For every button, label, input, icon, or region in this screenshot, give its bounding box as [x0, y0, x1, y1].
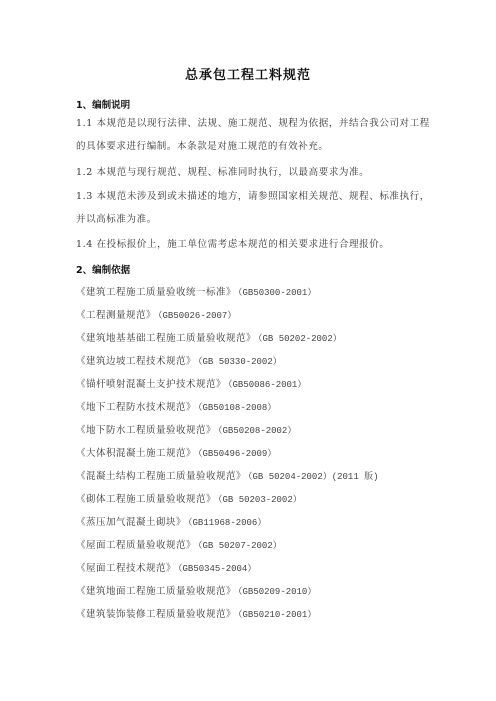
document-page: 总承包工程工料规范 1、编制说明 1.1 本规范是以现行法律、法规、施工规范、规… — [0, 0, 496, 701]
reference-code: （GB50208-2002） — [218, 426, 296, 436]
paragraph-1-4: 1.4 在投标报价上，施工单位需考虑本规范的相关要求进行合理报价。 — [76, 238, 389, 251]
reference-item: 《建筑地基基础工程施工质量验收规范》（GB 50202-2002） — [76, 330, 342, 344]
reference-code: （GB50300-2001） — [238, 288, 316, 298]
reference-name: 《屋面工程质量验收规范》 — [76, 540, 196, 551]
paragraph-1-3-line-1: 1.3 本规范未涉及到或未描述的地方，请参照国家相关规范、规程、标准执行， — [76, 190, 430, 203]
reference-item: 《建筑工程施工质量验收统一标准》（GB50300-2001） — [76, 284, 316, 298]
reference-name: 《屋面工程技术规范》 — [76, 563, 176, 574]
reference-code: （GB50026-2007） — [158, 311, 236, 321]
paragraph-1-2: 1.2 本规范与现行规范、规程、标准同时执行，以最高要求为准。 — [76, 166, 369, 179]
reference-code: （GB 50202-2002） — [258, 334, 342, 344]
paragraph-1-3-line-2: 并以高标准为准。 — [76, 213, 157, 226]
reference-code: （GB50210-2001） — [238, 610, 316, 620]
reference-code: （GB50209-2010） — [238, 587, 316, 597]
reference-item: 《屋面工程质量验收规范》（GB 50207-2002） — [76, 537, 282, 551]
reference-item: 《建筑地面工程施工质量验收规范》（GB50209-2010） — [76, 583, 316, 597]
reference-name: 《蒸压加气混凝土砌块》 — [76, 517, 186, 528]
reference-name: 《大体积混凝土施工规范》 — [76, 448, 196, 459]
section-heading-compilation-basis: 2、编制依据 — [76, 262, 130, 276]
reference-name: 《砌体工程施工质量验收规范》 — [76, 494, 216, 505]
reference-item: 《锚杆喷射混凝土支护技术规范》（GB50086-2001） — [76, 376, 306, 390]
reference-item: 《地下工程防水技术规范》（GB50108-2008） — [76, 399, 276, 413]
reference-item: 《地下防水工程质量验收规范》（GB50208-2002） — [76, 422, 296, 436]
reference-code: （GB50345-2004） — [178, 564, 256, 574]
reference-code: （GB 50207-2002） — [198, 541, 282, 551]
reference-item: 《混凝土结构工程施工质量验收规范》（GB 50204-2002）(2011 版) — [76, 468, 379, 482]
reference-name: 《工程测量规范》 — [76, 310, 156, 321]
reference-item: 《砌体工程施工质量验收规范》（GB 50203-2002） — [76, 491, 302, 505]
paragraph-1-1-line-2: 的具体要求进行编制。本条款是对施工规范的有效补充。 — [76, 140, 329, 153]
reference-name: 《建筑装饰装修工程质量验收规范》 — [76, 609, 236, 620]
section-heading-compilation-notes: 1、编制说明 — [76, 97, 130, 111]
reference-item: 《建筑边坡工程技术规范》（GB 50330-2002） — [76, 353, 282, 367]
reference-name: 《混凝土结构工程施工质量验收规范》 — [76, 471, 246, 482]
reference-name: 《建筑边坡工程技术规范》 — [76, 356, 196, 367]
reference-name: 《建筑工程施工质量验收统一标准》 — [76, 287, 236, 298]
reference-code: （GB50108-2008） — [198, 403, 276, 413]
reference-item: 《屋面工程技术规范》（GB50345-2004） — [76, 560, 256, 574]
reference-code: （GB 50330-2002） — [198, 357, 282, 367]
reference-code: （GB 50204-2002）(2011 版) — [248, 472, 379, 482]
document-title: 总承包工程工料规范 — [0, 64, 496, 83]
reference-name: 《地下防水工程质量验收规范》 — [76, 425, 216, 436]
reference-name: 《地下工程防水技术规范》 — [76, 402, 196, 413]
reference-item: 《大体积混凝土施工规范》（GB50496-2009） — [76, 445, 276, 459]
reference-code: （GB11968-2006） — [188, 518, 266, 528]
reference-item: 《工程测量规范》（GB50026-2007） — [76, 307, 236, 321]
reference-item: 《建筑装饰装修工程质量验收规范》（GB50210-2001） — [76, 606, 316, 620]
reference-code: （GB50496-2009） — [198, 449, 276, 459]
reference-name: 《建筑地面工程施工质量验收规范》 — [76, 586, 236, 597]
reference-item: 《蒸压加气混凝土砌块》（GB11968-2006） — [76, 514, 266, 528]
reference-code: （GB50086-2001） — [228, 380, 306, 390]
reference-code: （GB 50203-2002） — [218, 495, 302, 505]
reference-name: 《建筑地基基础工程施工质量验收规范》 — [76, 333, 256, 344]
reference-name: 《锚杆喷射混凝土支护技术规范》 — [76, 379, 226, 390]
paragraph-1-1-line-1: 1.1 本规范是以现行法律、法规、施工规范、规程为依据，并结合我公司对工程 — [76, 117, 430, 130]
